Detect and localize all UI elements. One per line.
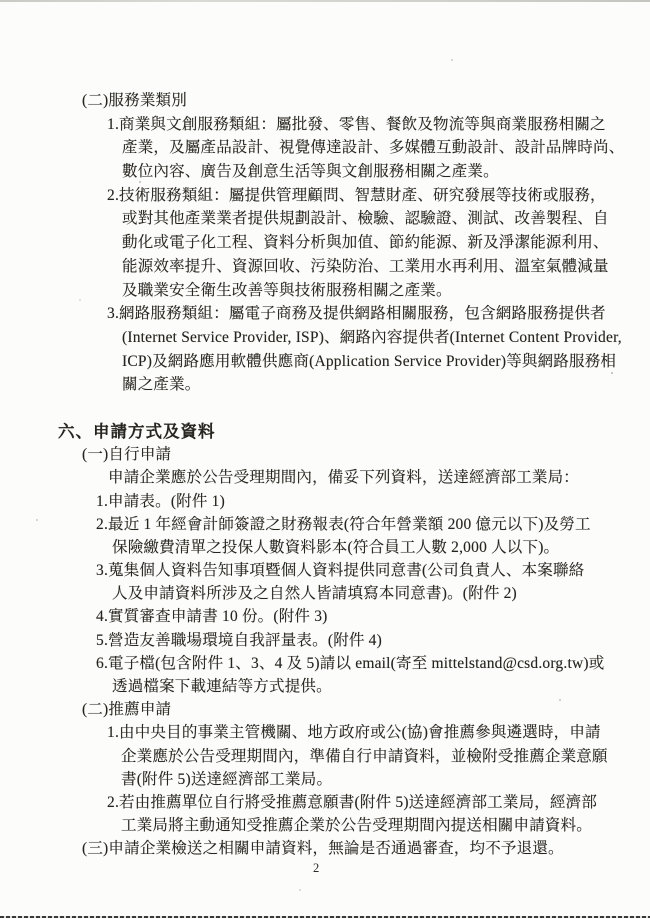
- recommend-item-2-line: 工業局將主動通知受推薦企業於公告受理期間內提送相關申請資料。: [121, 814, 650, 837]
- service-item-internet-line: (Internet Service Provider, ISP)、網路內容提供者…: [122, 326, 650, 350]
- self-apply-item-6-line: 6.電子檔(包含附件 1、3、4 及 5)請以 email(寄至 mittels…: [96, 652, 650, 675]
- application-method-heading: 六、申請方式及資料: [58, 420, 650, 443]
- service-item-internet-line: ICP)及網路應用軟體供應商(Application Service Provi…: [122, 350, 650, 374]
- recommend-item-1-line: 企業應於公告受理期間內，準備自行申請資料，並檢附受推薦企業意願: [121, 745, 650, 768]
- recommend-item-1-line: 1.由中央目的事業主管機關、地方政府或公(協)會推薦參與遴選時，申請: [107, 721, 650, 744]
- service-item-commerce-line: 產業，及屬產品設計、視覺傳達設計、多媒體互動設計、設計品牌時尚、: [122, 136, 650, 160]
- service-item-technical-line: 及職業安全衛生改善等與技術服務相關之產業。: [122, 279, 650, 303]
- service-categories-heading: (二)服務業類別: [82, 89, 650, 113]
- self-apply-item-4: 4.實質審查申請書 10 份。(附件 3): [96, 605, 650, 628]
- service-item-internet-line: 關之產業。: [122, 373, 650, 397]
- service-item-technical-line: 2.技術服務類組：屬提供管理顧問、智慧財產、研究發展等技術或服務，: [107, 184, 650, 208]
- service-item-commerce-line: 1.商業與文創服務類組：屬批發、零售、餐飲及物流等與商業服務相關之: [107, 113, 650, 137]
- self-apply-item-3-line: 3.蒐集個人資料告知事項暨個人資料提供同意書(公司負責人、本案聯絡: [96, 559, 650, 582]
- self-apply-item-3-line: 人及申請資料所涉及之自然人皆請填寫本同意書)。(附件 2): [112, 582, 650, 605]
- section-service-categories: (二)服務業類別 1.商業與文創服務類組：屬批發、零售、餐飲及物流等與商業服務相…: [0, 0, 650, 397]
- self-apply-item-6-line: 透過檔案下載連結等方式提供。: [112, 675, 650, 698]
- document-body: (二)服務業類別 1.商業與文創服務類組：屬批發、零售、餐飲及物流等與商業服務相…: [0, 0, 650, 861]
- page-number: 2: [313, 861, 319, 876]
- self-apply-item-2-line: 保險繳費清單之投保人數資料影本(符合員工人數 2,000 人以下)。: [112, 536, 650, 559]
- scan-edge-bottom: [0, 916, 650, 918]
- no-return-note: (三)申請企業檢送之相關申請資料，無論是否通過審查，均不予退還。: [82, 837, 650, 860]
- service-item-commerce-line: 數位內容、廣告及創意生活等與文創服務相關之產業。: [122, 160, 650, 184]
- self-apply-intro: 申請企業應於公告受理期間內，備妥下列資料，送達經濟部工業局：: [108, 466, 650, 489]
- self-apply-item-1: 1.申請表。(附件 1): [96, 490, 650, 513]
- scanned-document-page: (二)服務業類別 1.商業與文創服務類組：屬批發、零售、餐飲及物流等與商業服務相…: [0, 0, 650, 919]
- service-item-internet-line: 3.網路服務類組：屬電子商務及提供網路相關服務，包含網路服務提供者: [107, 302, 650, 326]
- section-application-method: 六、申請方式及資料 (一)自行申請 申請企業應於公告受理期間內，備妥下列資料，送…: [0, 420, 650, 861]
- recommend-item-1-line: 書(附件 5)送達經濟部工業局。: [121, 768, 650, 791]
- service-item-technical-line: 能源效率提升、資源回收、污染防治、工業用水再利用、溫室氣體減量: [122, 255, 650, 279]
- self-apply-item-2-line: 2.最近 1 年經會計師簽證之財務報表(符合年營業額 200 億元以下)及勞工: [96, 513, 650, 536]
- recommend-item-2-line: 2.若由推薦單位自行將受推薦意願書(附件 5)送達經濟部工業局，經濟部: [107, 791, 650, 814]
- recommend-apply-heading: (二)推薦申請: [82, 698, 650, 721]
- service-item-technical-line: 動化或電子化工程、資料分析與加值、節約能源、新及淨潔能源利用、: [122, 231, 650, 255]
- service-item-technical-line: 或對其他產業業者提供規劃設計、檢驗、認驗證、測試、改善製程、自: [122, 207, 650, 231]
- self-apply-heading: (一)自行申請: [82, 443, 650, 466]
- self-apply-item-5: 5.營造友善職場環境自我評量表。(附件 4): [96, 629, 650, 652]
